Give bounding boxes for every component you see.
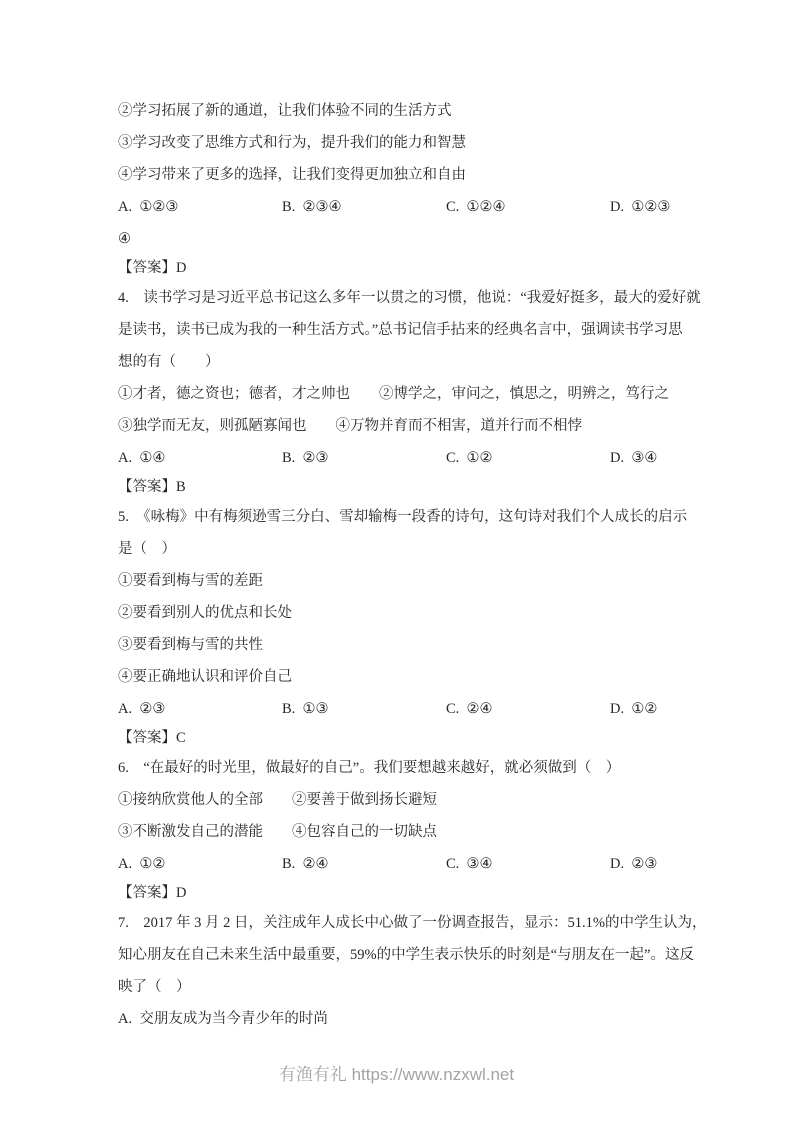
q5-option-c: C. ②④: [446, 693, 610, 725]
q4-stem-line-3: 想的有（ ）: [118, 346, 724, 378]
q3-answer: 【答案】D: [118, 255, 724, 282]
q5-option-a: A. ②③: [118, 693, 282, 725]
q4-answer: 【答案】B: [118, 474, 724, 501]
q3-option-a: A. ①②③: [118, 191, 282, 223]
q3-statement-4: ④学习带来了更多的选择，让我们变得更加独立和自由: [118, 159, 724, 191]
q6-option-d: D. ②③: [610, 848, 657, 880]
q4-option-b: B. ②③: [282, 442, 446, 474]
q6-answer: 【答案】D: [118, 880, 724, 907]
q5-stem-line-2: 是（ ）: [118, 533, 724, 565]
q5-subitem-1: ①要看到梅与雪的差距: [118, 565, 724, 597]
q4-subitems-line-1: ①才者，德之资也；德者，才之帅也 ②博学之，审问之，慎思之，明辨之，笃行之: [118, 378, 724, 410]
q3-option-d: D. ①②③: [610, 191, 670, 223]
q6-subitems-line-1: ①接纳欣赏他人的全部 ②要善于做到扬长避短: [118, 784, 724, 816]
q3-options-row: A. ①②③ B. ②③④ C. ①②④ D. ①②③: [118, 191, 724, 223]
q5-stem-line-1: 5. 《咏梅》中有梅须逊雪三分白、雪却输梅一段香的诗句，这句诗对我们个人成长的启…: [118, 501, 724, 533]
q4-option-d: D. ③④: [610, 442, 657, 474]
q5-subitem-4: ④要正确地认识和评价自己: [118, 661, 724, 693]
q5-subitem-2: ②要看到别人的优点和长处: [118, 597, 724, 629]
q7-stem-line-1: 7. 2017 年 3 月 2 日，关注成年人成长中心做了一份调查报告，显示：5…: [118, 907, 724, 939]
q6-option-c: C. ③④: [446, 848, 610, 880]
q6-option-a: A. ①②: [118, 848, 282, 880]
q3-option-c: C. ①②④: [446, 191, 610, 223]
q5-option-b: B. ①③: [282, 693, 446, 725]
watermark-footer: 有渔有礼 https://www.nzxwl.net: [0, 1062, 793, 1088]
q3-statement-3: ③学习改变了思维方式和行为，提升我们的能力和智慧: [118, 127, 724, 159]
q6-option-b: B. ②④: [282, 848, 446, 880]
q7-stem-line-3: 映了（ ）: [118, 971, 724, 1003]
q6-stem-line-1: 6. “在最好的时光里，做最好的自己”。我们要想越来越好，就必须做到（ ）: [118, 752, 724, 784]
q3-option-b: B. ②③④: [282, 191, 446, 223]
q5-subitem-3: ③要看到梅与雪的共性: [118, 629, 724, 661]
q5-options-row: A. ②③ B. ①③ C. ②④ D. ①②: [118, 693, 724, 725]
q6-subitems-line-2: ③不断激发自己的潜能 ④包容自己的一切缺点: [118, 816, 724, 848]
q3-option-d-overflow: ④: [118, 223, 724, 255]
q4-options-row: A. ①④ B. ②③ C. ①② D. ③④: [118, 442, 724, 474]
q4-stem-line-2: 是读书，读书已成为我的一种生活方式。”总书记信手拈来的经典名言中，强调读书学习思: [118, 314, 724, 346]
exam-content: ②学习拓展了新的通道，让我们体验不同的生活方式 ③学习改变了思维方式和行为，提升…: [118, 95, 724, 1035]
q6-options-row: A. ①② B. ②④ C. ③④ D. ②③: [118, 848, 724, 880]
q4-subitems-line-2: ③独学而无友，则孤陋寡闻也 ④万物并育而不相害，道并行而不相悖: [118, 410, 724, 442]
q4-stem-line-1: 4. 读书学习是习近平总书记这么多年一以贯之的习惯，他说：“我爱好挺多，最大的爱…: [118, 282, 724, 314]
q7-option-a: A. 交朋友成为当今青少年的时尚: [118, 1003, 724, 1035]
q4-option-a: A. ①④: [118, 442, 282, 474]
q5-option-d: D. ①②: [610, 693, 657, 725]
q3-statement-2: ②学习拓展了新的通道，让我们体验不同的生活方式: [118, 95, 724, 127]
q5-answer: 【答案】C: [118, 725, 724, 752]
q7-stem-line-2: 知心朋友在自己未来生活中最重要，59%的中学生表示快乐的时刻是“与朋友在一起”。…: [118, 939, 724, 971]
q4-option-c: C. ①②: [446, 442, 610, 474]
document-page: ②学习拓展了新的通道，让我们体验不同的生活方式 ③学习改变了思维方式和行为，提升…: [0, 0, 793, 1122]
